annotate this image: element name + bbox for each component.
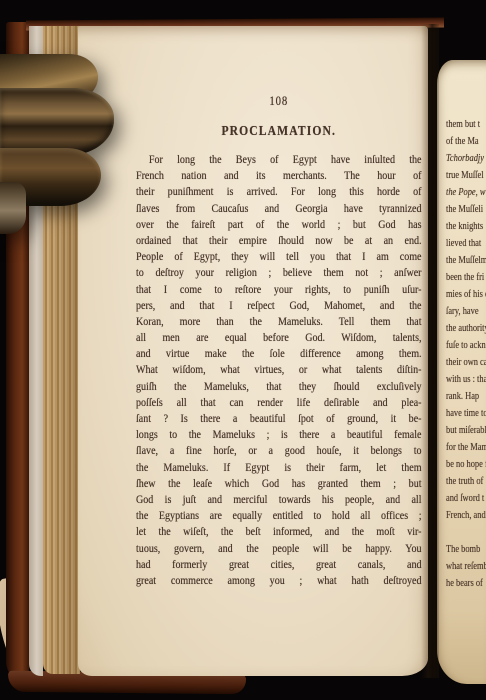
text-line: over the faireſt part of the world ; but… (136, 217, 422, 233)
text-fragment: lieved that (446, 235, 480, 252)
text-fragment: fuſe to ackn (446, 337, 480, 354)
left-page-text: 108 PROCLAMATION. For long the Beys of E… (136, 94, 422, 589)
text-fragment: for the Mam (446, 439, 480, 456)
text-fragment: them but t (446, 116, 480, 133)
text-fragment: be no hope f (446, 456, 480, 473)
text-line: tuous, govern, and the people will be ha… (136, 541, 422, 557)
text-fragment: French, and (446, 507, 480, 524)
text-fragment: true Muſſel (446, 167, 480, 184)
text-fragment: the truth of (446, 473, 480, 490)
text-fragment: ſary, have (446, 303, 480, 320)
text-line: the Egyptians are equally entitled to ho… (136, 508, 422, 524)
text-line: had formerly great cities, great canals,… (136, 557, 422, 573)
brass-clasp (0, 54, 118, 206)
text-line: ordained that their empire ſhould now be… (136, 233, 422, 249)
text-line: People of Egypt, they will tell you that… (136, 249, 422, 265)
text-fragment: the authority (446, 320, 480, 337)
text-fragment: The bomb (446, 541, 480, 558)
text-line: God is juſt and merciful towards his peo… (136, 492, 422, 508)
text-fragment: the knights (446, 218, 480, 235)
text-line: poſſeſs all that can render life deſirab… (136, 395, 422, 411)
text-line: guiſh the Mameluks, that they ſhould exc… (136, 379, 422, 395)
text-line: ſlaves from Caucaſus and Georgia have ty… (136, 201, 422, 217)
gutter-crease (421, 24, 439, 678)
clasp-middle-lobe (0, 88, 114, 156)
text-fragment: their own ca (446, 354, 480, 371)
text-line: that I come to reſtore your rights, to p… (136, 282, 422, 298)
clasp-strap-end (0, 182, 26, 234)
text-fragment: have time to (446, 405, 480, 422)
text-line: For long the Beys of Egypt have inſulted… (136, 152, 422, 168)
page-number: 108 (136, 94, 422, 109)
text-line: ſlave, a fine horſe, or a good houſe, it… (136, 443, 422, 459)
text-line: Koran, more than the Mameluks. Tell them… (136, 314, 422, 330)
text-line: let the wiſeſt, the beſt informed, and t… (136, 524, 422, 540)
text-line: longs to the Mameluks ; is there a beaut… (136, 427, 422, 443)
text-line: ſant ? Is there a beautiful ſpot of grou… (136, 411, 422, 427)
right-page-text-fragments: them but t of the Ma Tchorbadjy true Muſ… (446, 116, 480, 592)
text-fragment: Tchorbadjy (446, 150, 480, 167)
text-line: and virtue make the ſole difference amon… (136, 346, 422, 362)
text-fragment: of the Ma (446, 133, 480, 150)
proclamation-heading: PROCLAMATION. (136, 123, 422, 139)
text-fragment: with us : tha (446, 371, 480, 388)
text-fragment: and ſword t (446, 490, 480, 507)
text-fragment: but miſerable (446, 422, 480, 439)
text-fragment: what reſembl (446, 558, 480, 575)
text-fragment: the Pope, w (446, 184, 480, 201)
text-line: all men are equal before God. Wiſdom, ta… (136, 330, 422, 346)
text-fragment: mies of his e (446, 286, 480, 303)
text-fragment: rank. Hap (446, 388, 480, 405)
text-line: to deſtroy your religion ; believe them … (136, 265, 422, 281)
antique-book-photo: 108 PROCLAMATION. For long the Beys of E… (0, 0, 486, 700)
text-line: What wiſdom, what virtues, or what talen… (136, 362, 422, 378)
text-line: ſhew the leaſe which God has granted the… (136, 476, 422, 492)
text-fragment: the Muſſeli (446, 201, 480, 218)
text-line: the Mameluks. If Egypt is their farm, le… (136, 460, 422, 476)
text-line: great commerce among you ; what hath deſ… (136, 573, 422, 589)
text-fragment: the Muſſelm (446, 252, 480, 269)
text-line: French nation and its merchants. The hou… (136, 168, 422, 184)
text-fragment (446, 524, 480, 541)
body-paragraph: For long the Beys of Egypt have inſulted… (136, 152, 422, 589)
text-fragment: been the fri (446, 269, 480, 286)
text-fragment: he bears of (446, 575, 480, 592)
text-line: pers, and that I reſpect God, Mahomet, a… (136, 298, 422, 314)
text-line: their puniſhment is arrived. For long th… (136, 184, 422, 200)
